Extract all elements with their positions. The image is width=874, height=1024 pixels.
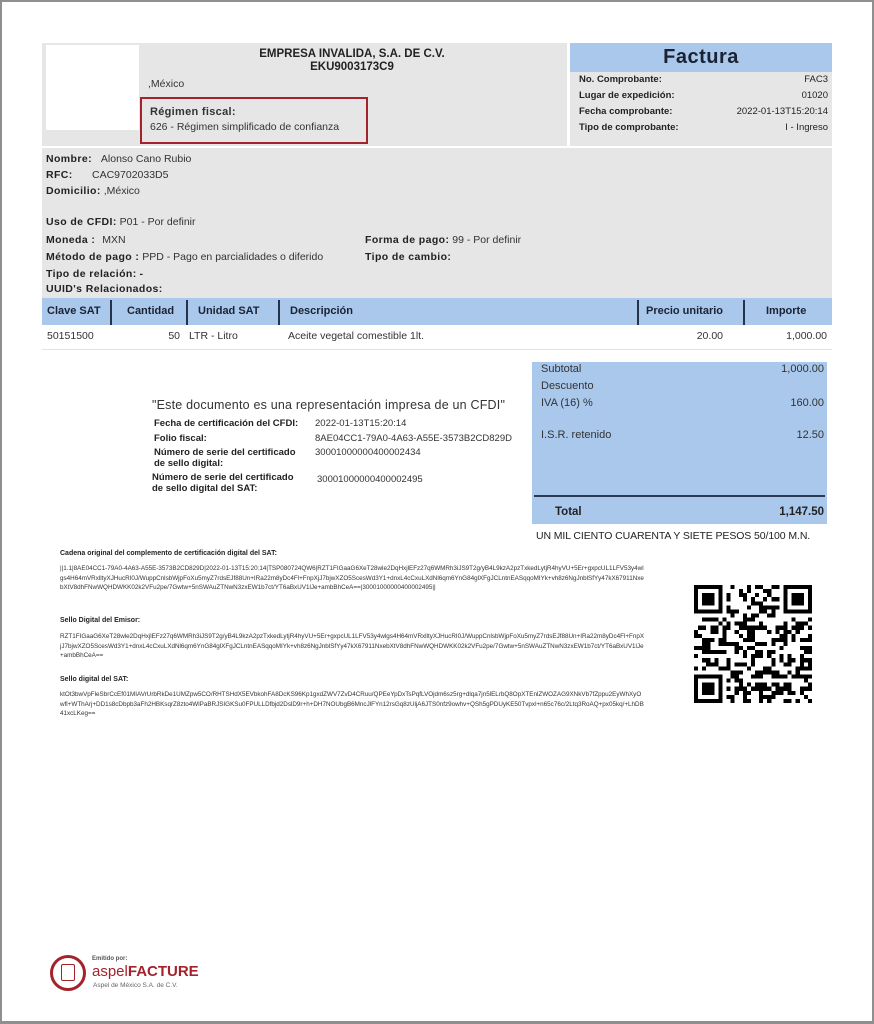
subtotal-label: Subtotal <box>541 363 581 375</box>
serie-sat-value: 30001000000400002495 <box>317 474 423 485</box>
metodo-pago-label: Método de pago : <box>46 251 139 263</box>
receptor-tipo-cambio: Tipo de cambio: <box>365 251 451 263</box>
brand-name: FACTURE <box>128 963 199 980</box>
receptor-nombre: Nombre: Alonso Cano Rubio <box>46 153 191 165</box>
cadena-original-title: Cadena original del complemento de certi… <box>60 550 277 557</box>
moneda-value: MXN <box>102 234 125 246</box>
factura-field-tipo: Tipo de comprobante: I - Ingreso <box>579 122 828 133</box>
iva-value: 160.00 <box>790 397 824 409</box>
field-value: 2022-01-13T15:20:14 <box>737 106 828 117</box>
forma-pago-label: Forma de pago: <box>365 234 449 246</box>
isr-row: I.S.R. retenido 12.50 <box>541 429 824 441</box>
field-label: Lugar de expedición: <box>579 90 675 101</box>
isr-label: I.S.R. retenido <box>541 429 611 441</box>
column-header-cantidad: Cantidad <box>127 298 174 325</box>
isr-value: 12.50 <box>796 429 824 441</box>
uso-cfdi-value: P01 - Por definir <box>120 216 196 228</box>
subtotal-row: Subtotal 1,000.00 <box>541 363 824 375</box>
receptor-metodo-pago: Método de pago : PPD - Pago en parcialid… <box>46 251 323 263</box>
column-header-precio: Precio unitario <box>646 298 723 325</box>
field-value: I - Ingreso <box>785 122 828 133</box>
tipo-cambio-label: Tipo de cambio: <box>365 251 451 263</box>
brand-prefix: aspel <box>92 963 128 980</box>
sello-sat-title: Sello digital del SAT: <box>60 676 128 683</box>
field-value: 01020 <box>802 90 828 101</box>
receptor-uso-cfdi: Uso de CFDI: P01 - Por definir <box>46 216 196 228</box>
aspel-facture-brand: aspelFACTURE <box>92 963 199 980</box>
total-value: 1,147.50 <box>779 506 824 518</box>
uuids-label: UUID's Relacionados: <box>46 283 163 295</box>
subtotal-value: 1,000.00 <box>781 363 824 375</box>
emisor-address: ,México <box>148 78 184 90</box>
descuento-row: Descuento <box>541 380 824 392</box>
column-header-unidad: Unidad SAT <box>198 298 260 325</box>
column-divider <box>278 300 280 325</box>
factura-title: Factura <box>570 43 832 72</box>
sello-emisor-title: Sello Digital del Emisor: <box>60 617 140 624</box>
domicilio-label: Domicilio: <box>46 185 101 197</box>
factura-field-fecha: Fecha comprobante: 2022-01-13T15:20:14 <box>579 106 828 117</box>
uso-cfdi-label: Uso de CFDI: <box>46 216 117 228</box>
column-divider <box>743 300 745 325</box>
field-label: Tipo de comprobante: <box>579 122 679 133</box>
cell-clave: 50151500 <box>47 330 94 342</box>
serie-sat-label-line2: de sello digital del SAT: <box>152 483 294 494</box>
company-logo-placeholder <box>46 45 139 130</box>
cell-precio: 20.00 <box>640 330 723 342</box>
column-header-descripcion: Descripción <box>290 298 353 325</box>
receptor-moneda: Moneda : MXN <box>46 234 126 246</box>
total-label: Total <box>555 506 582 518</box>
serie-sat-label: Número de serie del certificado de sello… <box>152 472 294 494</box>
emisor-name: EMPRESA INVALIDA, S.A. DE C.V. <box>142 48 562 60</box>
receptor-tipo-relacion: Tipo de relación: - <box>46 268 143 280</box>
cell-descripcion: Aceite vegetal comestible 1lt. <box>288 330 424 342</box>
folio-fiscal-value: 8AE04CC1-79A0-4A63-A55E-3573B2CD829D <box>315 433 512 444</box>
column-divider <box>637 300 639 325</box>
receptor-forma-pago: Forma de pago: 99 - Por definir <box>365 234 521 246</box>
field-label: Fecha comprobante: <box>579 106 672 117</box>
factura-field-lugar-expedicion: Lugar de expedición: 01020 <box>579 90 828 101</box>
receptor-uuids: UUID's Relacionados: <box>46 283 163 295</box>
cell-importe: 1,000.00 <box>740 330 827 342</box>
nombre-label: Nombre: <box>46 153 92 165</box>
iva-label: IVA (16) % <box>541 397 593 409</box>
regimen-fiscal-highlight: Régimen fiscal: 626 - Régimen simplifica… <box>140 97 368 144</box>
document-icon <box>61 964 75 981</box>
rfc-value: CAC9702033D5 <box>92 169 168 181</box>
folio-fiscal-label: Folio fiscal: <box>154 433 207 444</box>
cfdi-representation-notice: "Este documento es una representación im… <box>152 398 505 412</box>
tipo-relacion-label: Tipo de relación: <box>46 268 137 280</box>
iva-row: IVA (16) % 160.00 <box>541 397 824 409</box>
moneda-label: Moneda : <box>46 234 95 246</box>
sello-sat-text: ktOt3bwVpFleSbrCcEf01MIAVrUrbRkDe1UMZpw5… <box>60 690 645 719</box>
serie-emisor-label-line1: Número de serie del certificado <box>154 447 296 458</box>
field-label: No. Comprobante: <box>579 74 662 85</box>
fecha-certificacion-label: Fecha de certificación del CFDI: <box>154 418 298 429</box>
factura-field-no-comprobante: No. Comprobante: FAC3 <box>579 74 828 85</box>
column-divider <box>186 300 188 325</box>
aspel-company-name: Aspel de México S.A. de C.V. <box>93 982 178 989</box>
domicilio-value: ,México <box>104 185 140 197</box>
sello-emisor-text: RZT1FIGaaG6XeT28wle2DqHxjlEFz27q6WMRh3iJ… <box>60 632 645 661</box>
serie-emisor-label-line2: de sello digital: <box>154 458 296 469</box>
fecha-certificacion-value: 2022-01-13T15:20:14 <box>315 418 406 429</box>
regimen-fiscal-value: 626 - Régimen simplificado de confianza <box>150 121 366 133</box>
row-divider <box>42 349 832 350</box>
receptor-rfc: RFC: CAC9702033D5 <box>46 169 73 181</box>
cell-unidad: LTR - Litro <box>189 330 238 342</box>
nombre-value: Alonso Cano Rubio <box>101 153 191 165</box>
total-in-words: UN MIL CIENTO CUARENTA Y SIETE PESOS 50/… <box>536 530 810 542</box>
serie-emisor-value: 30001000000400002434 <box>315 447 421 458</box>
emitido-por-label: Emitido por: <box>92 956 127 962</box>
forma-pago-value: 99 - Por definir <box>452 234 521 246</box>
rfc-label: RFC: <box>46 169 73 181</box>
total-row: Total 1,147.50 <box>555 506 824 518</box>
cadena-original-text: ||1.1|8AE04CC1-79A0-4A63-A55E-3573B2CD82… <box>60 564 645 593</box>
field-value: FAC3 <box>804 74 828 85</box>
emisor-rfc: EKU9003173C9 <box>142 61 562 73</box>
regimen-fiscal-label: Régimen fiscal: <box>150 106 366 118</box>
qr-code-icon <box>690 585 816 703</box>
descuento-label: Descuento <box>541 380 594 392</box>
serie-sat-label-line1: Número de serie del certificado <box>152 472 294 483</box>
totals-divider <box>534 495 825 497</box>
metodo-pago-value: PPD - Pago en parcialidades o diferido <box>142 251 323 263</box>
column-header-clave: Clave SAT <box>47 298 101 325</box>
cell-cantidad: 50 <box>120 330 180 342</box>
column-divider <box>110 300 112 325</box>
receptor-domicilio: Domicilio: ,México <box>46 185 140 197</box>
serie-emisor-label: Número de serie del certificado de sello… <box>154 447 296 469</box>
tipo-relacion-value: - <box>140 268 144 280</box>
column-header-importe: Importe <box>766 298 806 325</box>
